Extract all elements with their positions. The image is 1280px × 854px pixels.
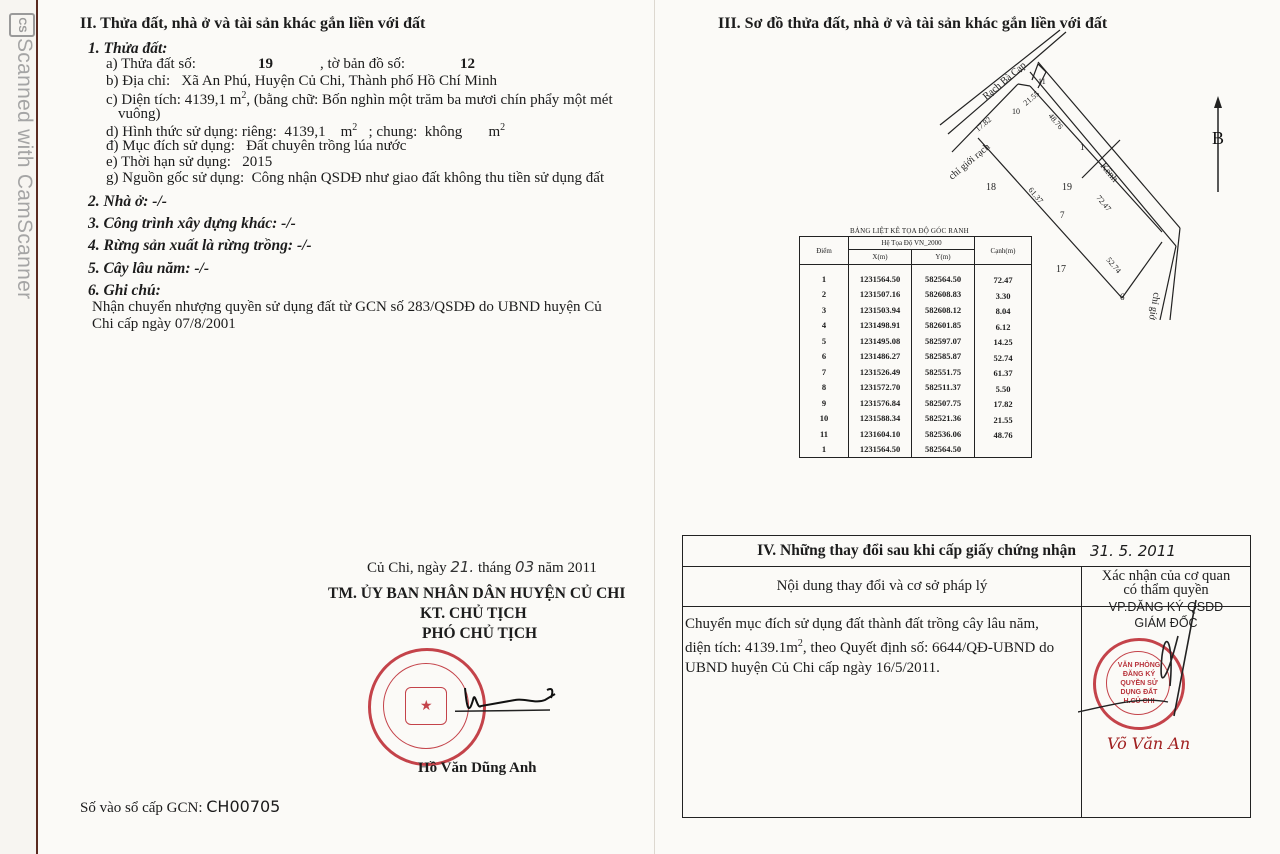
perennial-item: 5. Cây lâu năm: -/- bbox=[88, 260, 209, 278]
usage-purpose-label: đ) Mục đích sử dụng: bbox=[106, 138, 235, 154]
canal-label: Rạch Bà Cạp bbox=[981, 60, 1028, 102]
edge-length: 52.74 bbox=[975, 351, 1031, 367]
col-x: X(m) bbox=[849, 250, 912, 265]
plot-number-row: a) Thửa đất số: bbox=[106, 56, 196, 73]
notes-line-2: Chi cấp ngày 07/8/2001 bbox=[92, 316, 236, 333]
coord-cell-point: 5 bbox=[800, 333, 849, 349]
notes-line-1: Nhận chuyển nhượng quyền sử dụng đất từ … bbox=[92, 299, 602, 316]
svg-text:7: 7 bbox=[1060, 210, 1065, 220]
coord-cell-y: 582608.12 bbox=[912, 302, 975, 318]
ditch-label: Kênh bbox=[1098, 161, 1120, 185]
sign-year: năm 2011 bbox=[538, 560, 597, 576]
coord-cell-x: 1231495.08 bbox=[849, 333, 912, 349]
house-item: 2. Nhà ở: -/- bbox=[88, 193, 167, 211]
section-ii-title: II. Thửa đất, nhà ở và tài sản khác gắn … bbox=[80, 15, 425, 33]
col-confirmation-line-2: có thẩm quyền bbox=[1082, 583, 1250, 597]
col-y: Y(m) bbox=[912, 250, 975, 265]
svg-text:11: 11 bbox=[1038, 77, 1046, 86]
address-label: b) Địa chỉ: bbox=[106, 73, 170, 89]
coord-cell-x: 1231503.94 bbox=[849, 302, 912, 318]
sign-month: 03 bbox=[515, 558, 534, 576]
svg-text:6: 6 bbox=[1120, 292, 1125, 302]
signature-vva bbox=[1078, 596, 1218, 726]
address-value: Xã An Phú, Huyện Củ Chi, Thành phố Hồ Ch… bbox=[181, 73, 497, 89]
notes-heading: 6. Ghi chú: bbox=[88, 282, 161, 300]
coord-cell-point: 10 bbox=[800, 411, 849, 427]
camscanner-watermark: CS Scanned with CamScanner bbox=[2, 6, 36, 336]
edge-length: 8.04 bbox=[975, 304, 1031, 320]
camscanner-logo-icon: CS bbox=[9, 13, 35, 37]
coord-cell-y: 582536.06 bbox=[912, 426, 975, 442]
coord-cell-y: 582521.36 bbox=[912, 411, 975, 427]
usage-term-label: e) Thời hạn sử dụng: bbox=[106, 154, 231, 170]
edge-label: 52.74 bbox=[1104, 256, 1122, 276]
map-sheet-label: , tờ bản đồ số: bbox=[320, 56, 405, 73]
usage-origin-label: g) Nguồn gốc sử dụng: bbox=[106, 170, 244, 186]
usage-term-row: e) Thời hạn sử dụng: 2015 bbox=[106, 154, 272, 171]
usage-origin-value: Công nhận QSDĐ như giao đất không thu ti… bbox=[252, 170, 605, 186]
sign-place-label: Củ Chi, ngày bbox=[367, 560, 447, 576]
edge-label: 72.47 bbox=[1094, 194, 1112, 214]
coord-cell-x: 1231576.84 bbox=[849, 395, 912, 411]
col-confirmation: Xác nhận của cơ quan có thẩm quyền bbox=[1082, 569, 1250, 597]
signature-hvda bbox=[455, 680, 565, 720]
parcel-17-label: 17 bbox=[1056, 264, 1066, 275]
svg-text:1: 1 bbox=[1080, 142, 1085, 152]
change-entry-line-1: Chuyển mục đích sử dụng đất thành đất tr… bbox=[685, 614, 1080, 634]
map-sheet-number: 12 bbox=[460, 56, 475, 73]
col-confirmation-line-1: Xác nhận của cơ quan bbox=[1082, 569, 1250, 583]
coord-cell-x: 1231572.70 bbox=[849, 380, 912, 396]
svg-text:10: 10 bbox=[1012, 107, 1020, 116]
coord-cell-y: 582564.50 bbox=[912, 442, 975, 458]
col-edge: Cạnh(m) bbox=[975, 237, 1032, 265]
coord-cell-y: 582511.37 bbox=[912, 380, 975, 396]
edge-length: 17.82 bbox=[975, 397, 1031, 413]
coord-cell-x: 1231564.50 bbox=[849, 265, 912, 287]
parcel-19-label: 19 bbox=[1062, 182, 1072, 193]
registry-number: Số vào sổ cấp GCN: CH00705 bbox=[80, 797, 280, 817]
change-decision: , theo Quyết định số: 6644/QĐ-UBND do bbox=[803, 640, 1054, 656]
coordinate-table: Điểm Hệ Tọa Độ VN_2000 Cạnh(m) X(m) Y(m)… bbox=[799, 236, 1032, 458]
usage-term-value: 2015 bbox=[242, 154, 272, 170]
edge-length: 21.55 bbox=[975, 413, 1031, 429]
office-signer-name: Võ Văn An bbox=[1107, 734, 1190, 753]
watermark-text: Scanned with CamScanner bbox=[12, 38, 36, 338]
signer-role-2: PHÓ CHỦ TỊCH bbox=[422, 625, 537, 643]
usage-purpose-value: Đất chuyên trồng lúa nước bbox=[246, 138, 406, 154]
edge-length: 14.25 bbox=[975, 335, 1031, 351]
changes-handwritten-date: 31. 5. 2011 bbox=[1090, 542, 1176, 560]
coord-cell-x: 1231498.91 bbox=[849, 318, 912, 334]
edge-label: 17.82 bbox=[974, 115, 994, 133]
edge-length: 6.12 bbox=[975, 320, 1031, 336]
change-entry: Chuyển mục đích sử dụng đất thành đất tr… bbox=[685, 614, 1080, 678]
coord-cell-y: 582551.75 bbox=[912, 364, 975, 380]
edge-length: 5.50 bbox=[975, 382, 1031, 398]
usage-purpose-row: đ) Mục đích sử dụng: Đất chuyên trồng lú… bbox=[106, 138, 406, 155]
usage-unit-2: m bbox=[489, 124, 501, 140]
issuing-authority: TM. ỦY BAN NHÂN DÂN HUYỆN CỦ CHI bbox=[328, 585, 625, 603]
address-row: b) Địa chỉ: Xã An Phú, Huyện Củ Chi, Thà… bbox=[106, 73, 497, 90]
coord-cell-x: 1231604.10 bbox=[849, 426, 912, 442]
parcel-18-label: 18 bbox=[986, 182, 996, 193]
coord-cell-x: 1231526.49 bbox=[849, 364, 912, 380]
usage-common-value: không bbox=[425, 124, 463, 140]
coord-cell-y: 582597.07 bbox=[912, 333, 975, 349]
plot-number: 19 bbox=[258, 56, 273, 73]
usage-origin-row: g) Nguồn gốc sử dụng: Công nhận QSDĐ như… bbox=[106, 170, 604, 187]
change-area: diện tích: 4139.1m bbox=[685, 640, 798, 656]
coord-cell-point: 9 bbox=[800, 395, 849, 411]
coord-cell-x: 1231564.50 bbox=[849, 442, 912, 458]
coord-cell-point: 4 bbox=[800, 318, 849, 334]
edge-lengths: 72.473.308.046.1214.2552.7461.375.5017.8… bbox=[975, 265, 1032, 458]
coord-cell-point: 7 bbox=[800, 364, 849, 380]
sign-day: 21. bbox=[450, 558, 474, 576]
area-in-words: , (bằng chữ: Bốn nghìn một trăm ba mươi … bbox=[246, 92, 612, 108]
changes-table: IV. Những thay đổi sau khi cấp giấy chứn… bbox=[682, 535, 1251, 818]
change-entry-line-2: diện tích: 4139.1m2, theo Quyết định số:… bbox=[685, 634, 1080, 658]
changes-title: IV. Những thay đổi sau khi cấp giấy chứn… bbox=[757, 542, 1076, 560]
ditch-boundary-label: chỉ giới kênh bbox=[1142, 291, 1162, 320]
coord-table-title: BẢNG LIỆT KÊ TỌA ĐỘ GÓC RANH bbox=[850, 227, 969, 235]
changes-title-row: IV. Những thay đổi sau khi cấp giấy chứn… bbox=[683, 536, 1250, 567]
coord-cell-x: 1231486.27 bbox=[849, 349, 912, 365]
coord-cell-x: 1231588.34 bbox=[849, 411, 912, 427]
col-change-content: Nội dung thay đổi và cơ sở pháp lý bbox=[683, 566, 1081, 606]
coord-cell-point: 11 bbox=[800, 426, 849, 442]
coord-cell-point: 6 bbox=[800, 349, 849, 365]
coord-row: 11231564.50582564.5072.473.308.046.1214.… bbox=[800, 265, 1032, 287]
registry-value: CH00705 bbox=[206, 797, 280, 816]
north-arrow-icon: B bbox=[1212, 128, 1224, 148]
edge-label: 21.55 bbox=[1022, 89, 1042, 107]
area-row: c) Diện tích: 4139,1 m2, (bằng chữ: Bốn … bbox=[106, 90, 613, 109]
other-construction-item: 3. Công trình xây dựng khác: -/- bbox=[88, 215, 296, 233]
coord-system: Hệ Tọa Độ VN_2000 bbox=[849, 237, 975, 250]
coord-cell-y: 582601.85 bbox=[912, 318, 975, 334]
registry-label: Số vào sổ cấp GCN: bbox=[80, 800, 203, 816]
signer-name: Hồ Văn Dũng Anh bbox=[418, 760, 537, 777]
coord-cell-point: 2 bbox=[800, 287, 849, 303]
coord-cell-y: 582585.87 bbox=[912, 349, 975, 365]
coord-cell-point: 1 bbox=[800, 442, 849, 458]
coord-cell-y: 582507.75 bbox=[912, 395, 975, 411]
edge-length: 72.47 bbox=[975, 273, 1031, 289]
edge-label: 48.76 bbox=[1046, 112, 1064, 132]
edge-length: 48.76 bbox=[975, 428, 1031, 444]
signer-role-1: KT. CHỦ TỊCH bbox=[420, 605, 527, 623]
edge-length: 61.37 bbox=[975, 366, 1031, 382]
coord-cell-point: 1 bbox=[800, 265, 849, 287]
coord-cell-x: 1231507.16 bbox=[849, 287, 912, 303]
coord-cell-point: 8 bbox=[800, 380, 849, 396]
area-in-words-cont: vuông) bbox=[118, 106, 161, 123]
coord-cell-point: 3 bbox=[800, 302, 849, 318]
sign-month-label: tháng bbox=[478, 560, 511, 576]
coord-cell-y: 582564.50 bbox=[912, 265, 975, 287]
change-entry-line-3: UBND huyện Củ Chi cấp ngày 16/5/2011. bbox=[685, 658, 1080, 678]
col-point: Điểm bbox=[800, 237, 849, 265]
plot-number-label: a) Thửa đất số: bbox=[106, 56, 196, 72]
sign-place-date: Củ Chi, ngày 21. tháng 03 năm 2011 bbox=[367, 558, 597, 577]
forest-item: 4. Rừng sản xuất là rừng trồng: -/- bbox=[88, 237, 312, 255]
coord-cell-y: 582608.83 bbox=[912, 287, 975, 303]
canal-boundary-label: chỉ giới rạch bbox=[947, 142, 993, 183]
edge-length: 3.30 bbox=[975, 289, 1031, 305]
